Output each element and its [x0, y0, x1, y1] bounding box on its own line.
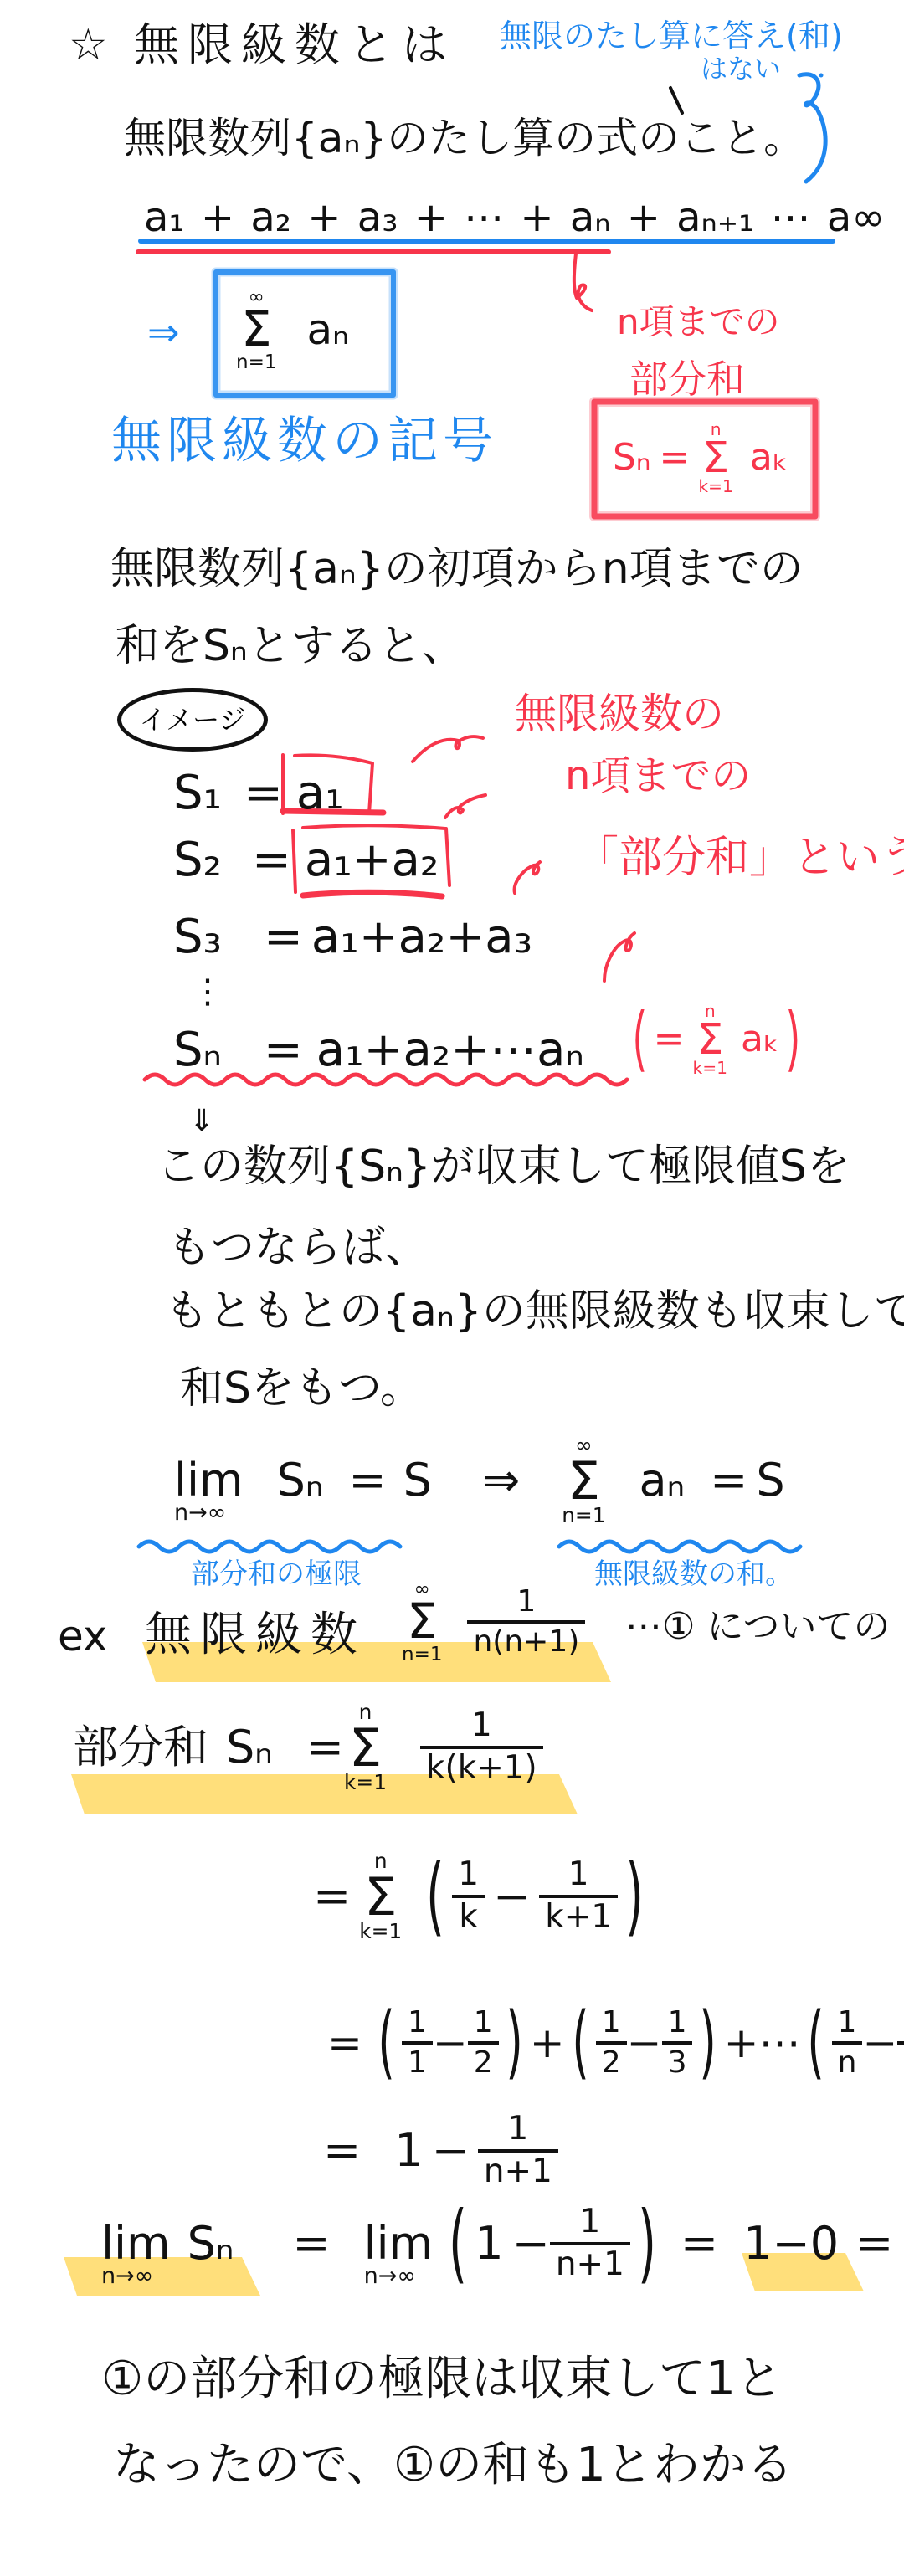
equals-sign: =	[654, 1021, 685, 1058]
fraction: 1 2	[596, 2008, 627, 2078]
example-suffix: ⋯① についての	[625, 1609, 891, 1645]
fraction-bar	[897, 2041, 904, 2045]
label-partial-sum-limit: 部分和の極限	[191, 1560, 362, 1588]
limit-blue-wavy-underline-left	[139, 1542, 400, 1552]
partial-sum-lhs: Sₙ	[173, 1027, 222, 1074]
equals-sign: =	[855, 2221, 893, 2266]
image-label-oval: イメージ	[117, 688, 268, 752]
close-paren: )	[625, 1854, 644, 1940]
close-paren: )	[700, 2003, 717, 2082]
lim-text: lim	[174, 1454, 244, 1506]
sigma-glyph: Σ	[364, 1872, 397, 1922]
partial-sum-row-s2: S₂ = a₁+a₂	[173, 837, 439, 884]
denominator: 3	[662, 2048, 693, 2078]
denominator: k	[453, 1901, 484, 1934]
equals-sign: =	[252, 837, 291, 884]
down-arrow-icon: ⇓	[189, 1106, 214, 1137]
convergence-line-2: もつならば、	[167, 1226, 429, 1270]
minus-sign: −	[627, 2022, 662, 2064]
denominator: n(n+1)	[467, 1627, 585, 1657]
numerator: 1	[511, 1587, 542, 1617]
equals-sign: =	[710, 1458, 747, 1503]
fraction-bar	[596, 2041, 627, 2045]
partial-sum-rhs: a₁+a₂+⋯aₙ	[316, 1027, 584, 1074]
denominator: k+1	[539, 1901, 618, 1934]
denominator: n+1	[897, 2048, 904, 2078]
denominator: n+1	[550, 2249, 630, 2281]
numerator: 1	[465, 1710, 498, 1742]
example-partial-sum-formula: Sₙ = n Σ k=1 1 k(k+1)	[226, 1702, 543, 1793]
explanation-line-2: 和をSₙとすると、	[116, 624, 465, 668]
partial-sum-rhs: a₁+a₂	[305, 837, 439, 884]
partial-sum-row-s3: S₃ = a₁+a₂+a₃	[173, 914, 532, 961]
equals-sign: =	[348, 1458, 386, 1503]
sn-sigma-note: ( = n Σ k=1 aₖ )	[626, 1003, 806, 1077]
fraction-bar	[468, 2041, 499, 2045]
star-icon: ☆	[69, 23, 108, 67]
series-term: aₖ	[750, 439, 788, 476]
fraction: 1 1	[402, 2008, 433, 2078]
limit-operator: lim n→∞	[101, 2221, 171, 2266]
sum-lower-limit: k=1	[359, 1922, 402, 1942]
fraction: 1 n(n+1)	[467, 1587, 585, 1657]
sigma-glyph: Σ	[349, 1723, 382, 1773]
numerator: 1	[662, 2008, 693, 2038]
series-term: aₙ	[306, 309, 349, 351]
close-paren: )	[506, 2003, 522, 2082]
denominator: 1	[402, 2048, 433, 2078]
open-paren: (	[449, 2201, 467, 2287]
sigma-glyph: Σ	[407, 1599, 437, 1645]
equals-sign: =	[681, 2221, 718, 2266]
fraction-bar	[467, 1620, 585, 1624]
partial-sum-rhs: a₁+a₂+a₃	[311, 914, 532, 961]
constant-one: 1	[475, 2221, 503, 2266]
open-paren: (	[808, 2003, 824, 2082]
label-series-sum: 無限級数の和。	[594, 1560, 794, 1588]
partial-sum-formula: Sₙ = n Σ k=1 aₖ	[613, 421, 788, 495]
equals-sign: =	[659, 439, 690, 476]
convergence-line-1: この数列{Sₙ}が収束して極限値Sを	[157, 1145, 850, 1188]
partial-sum-rhs: a₁	[296, 770, 344, 817]
equals-sign: =	[292, 2221, 330, 2266]
fraction: 1 n+1	[550, 2206, 630, 2281]
partial-sum-row-s1: S₁ = a₁	[173, 770, 344, 817]
red-arrow-hook-2	[445, 795, 485, 818]
limit-blue-wavy-underline-right	[559, 1542, 800, 1552]
series-term: aₙ	[639, 1458, 686, 1503]
equals-sign: =	[244, 770, 283, 817]
limit-formula: lim n→∞ Sₙ = S ⇒ ∞ Σ n=1 aₙ = S	[174, 1435, 785, 1527]
conclusion-line-2: なったので、①の和も1とわかる	[113, 2442, 794, 2489]
fraction: 1 n	[832, 2008, 863, 2078]
example-prefix: ex	[58, 1615, 107, 1657]
convergence-line-4: 和Sをもつ。	[180, 1367, 424, 1410]
red-note-line-3: 「部分和」という。	[575, 836, 904, 880]
numerator: 1	[452, 1859, 485, 1891]
partial-sum-row-sn: Sₙ = a₁+a₂+⋯aₙ	[173, 1027, 584, 1074]
plus-ellipsis: +⋯	[724, 2022, 801, 2064]
example-series-formula: ∞ Σ n=1 1 n(n+1)	[402, 1580, 585, 1665]
open-paren: (	[572, 2003, 588, 2082]
equals-sign: =	[306, 1725, 344, 1770]
summation-symbol: ∞ Σ n=1	[562, 1435, 605, 1527]
fraction-bar	[832, 2041, 863, 2045]
fraction-bar	[402, 2041, 433, 2045]
partial-sum-lhs: S₃	[173, 914, 222, 961]
equals-sign: =	[313, 1874, 351, 1919]
limit-operator: lim n→∞	[174, 1458, 244, 1503]
sum-lower-limit: k=1	[693, 1060, 728, 1076]
minus-sign: −	[493, 1874, 531, 1919]
blue-dot	[819, 74, 824, 78]
implies-arrow-icon: ⇒	[147, 313, 180, 352]
denominator: 2	[596, 2048, 627, 2078]
sn-symbol: Sₙ	[187, 2221, 234, 2266]
fraction: 1 3	[662, 2008, 693, 2078]
close-paren: )	[638, 2201, 656, 2287]
minus-sign: −	[433, 2022, 468, 2064]
partial-sum-lhs: S₁	[173, 770, 222, 817]
partial-sum-note-line-1: n項までの	[617, 305, 780, 340]
sum-lower-limit: n=1	[236, 353, 276, 372]
close-paren: )	[785, 1004, 800, 1075]
example-title: 無限級数	[145, 1612, 366, 1659]
red-connector-stroke	[574, 254, 592, 310]
denominator: k(k+1)	[420, 1752, 543, 1785]
lim-subscript: n→∞	[174, 1501, 226, 1524]
notation-label: 無限級数の記号	[111, 416, 498, 466]
limit-operator: lim n→∞	[364, 2221, 434, 2266]
sum-lower-limit: k=1	[344, 1773, 387, 1793]
vertical-ellipsis: ⋮	[191, 975, 224, 1008]
image-label-text: イメージ	[139, 706, 245, 733]
explanation-line-1: 無限数列{aₙ}の初項からn項までの	[110, 547, 804, 591]
sigma-glyph: Σ	[241, 307, 271, 353]
blue-note-line-2: はない	[701, 55, 781, 82]
red-note-line-1: 無限級数の	[515, 693, 724, 735]
lim-subscript: n→∞	[101, 2265, 153, 2287]
summation-symbol: ∞ Σ n=1	[402, 1580, 442, 1665]
summation-symbol: n Σ k=1	[698, 421, 733, 495]
equals-sign: =	[327, 2022, 362, 2064]
denominator: n+1	[478, 2156, 558, 2189]
denominator: 2	[468, 2048, 499, 2078]
implies-arrow-icon: ⇒	[482, 1458, 520, 1503]
numerator: 1	[832, 2008, 863, 2038]
red-arrow-hook-3	[515, 862, 540, 893]
sigma-glyph: Σ	[702, 438, 729, 478]
sum-lower-limit: n=1	[402, 1645, 442, 1665]
series-expansion: a₁ + a₂ + a₃ + ⋯ + aₙ + aₙ₊₁ ⋯ a∞	[144, 198, 885, 238]
example-step-3: = 1 − 1 n+1	[323, 2113, 558, 2189]
open-paren: (	[378, 2003, 394, 2082]
summation-symbol: n Σ k=1	[359, 1851, 402, 1942]
constant-one: 1	[394, 2128, 423, 2173]
fraction: 1 k+1	[539, 1859, 618, 1934]
minus-sign: −	[432, 2128, 470, 2173]
equals-sign: =	[323, 2128, 361, 2173]
tick-mark	[670, 88, 682, 113]
sigma-glyph: Σ	[568, 1456, 600, 1506]
fraction: 1 k(k+1)	[420, 1710, 543, 1785]
sn-symbol: Sₙ	[613, 439, 650, 476]
sigma-glyph: Σ	[696, 1019, 723, 1060]
equals-sign: =	[264, 914, 303, 961]
lim-subscript: n→∞	[364, 2265, 416, 2287]
notation-formula: ∞ Σ n=1 aₙ	[236, 288, 349, 372]
summation-symbol: ∞ Σ n=1	[236, 288, 276, 372]
equals-sign: =	[264, 1027, 303, 1074]
fraction-bar	[662, 2041, 693, 2045]
red-arrow-hook-4	[604, 933, 634, 981]
partial-sum-label: 部分和	[73, 1725, 208, 1770]
fraction: 1 k	[452, 1859, 485, 1934]
fraction: 1 n+1	[478, 2113, 558, 2189]
numerator: 1	[562, 1859, 595, 1891]
numerator: 1	[596, 2008, 627, 2038]
red-note-line-2: n項までの	[565, 756, 751, 796]
example-step-2: = ( 1 1 − 1 2 ) + ( 1 2 − 1 3 ) +⋯ (	[327, 2003, 904, 2082]
note-canvas: ☆ 無限級数とは 無限のたし算に答え(和) はない 無限数列{aₙ}のたし算の式…	[0, 0, 904, 2576]
sum-lower-limit: k=1	[698, 478, 733, 495]
example-step-1: = n Σ k=1 ( 1 k − 1 k+1 )	[313, 1851, 651, 1942]
plus-sign: +	[530, 2022, 565, 2064]
red-arrow-hook-1	[413, 736, 483, 762]
limit-evaluation: 1−0	[743, 2221, 839, 2266]
fraction: 1 n+1	[897, 2008, 904, 2078]
numerator: 1	[501, 2113, 534, 2146]
partial-sum-lhs: S₂	[173, 837, 222, 884]
lim-text: lim	[364, 2217, 434, 2270]
s2-red-underline	[303, 892, 442, 896]
sum-lower-limit: n=1	[562, 1506, 605, 1527]
fraction: 1 2	[468, 2008, 499, 2078]
example-limit: lim n→∞ Sₙ = lim n→∞ ( 1 − 1 n+1 ) = 1−0…	[101, 2201, 904, 2287]
convergence-line-3: もともとの{aₙ}の無限級数も収束して	[165, 1290, 904, 1333]
minus-sign: −	[862, 2022, 897, 2064]
sn-symbol: Sₙ	[277, 1458, 324, 1503]
limit-value: S	[403, 1458, 432, 1503]
page-title: 無限級数とは	[134, 23, 455, 68]
lim-text: lim	[101, 2217, 171, 2270]
definition-text: 無限数列{aₙ}のたし算の式のこと。	[124, 117, 805, 159]
series-term: aₖ	[741, 1021, 779, 1058]
numerator: 1	[574, 2206, 607, 2239]
series-sum-value: S	[756, 1458, 784, 1503]
conclusion-line-1: ①の部分和の極限は収束して1と	[101, 2356, 783, 2403]
minus-sign: −	[512, 2221, 550, 2266]
numerator: 1	[468, 2008, 499, 2038]
summation-symbol: n Σ k=1	[344, 1702, 387, 1793]
summation-symbol: n Σ k=1	[693, 1003, 728, 1077]
open-paren: (	[426, 1854, 444, 1940]
denominator: n	[832, 2048, 863, 2078]
blue-note-line-1: 無限のたし算に答え(和)	[500, 20, 843, 52]
sn-symbol: Sₙ	[226, 1725, 273, 1770]
partial-sum-note-line-2: 部分和	[629, 360, 745, 398]
numerator: 1	[402, 2008, 433, 2038]
open-paren: (	[632, 1004, 647, 1075]
